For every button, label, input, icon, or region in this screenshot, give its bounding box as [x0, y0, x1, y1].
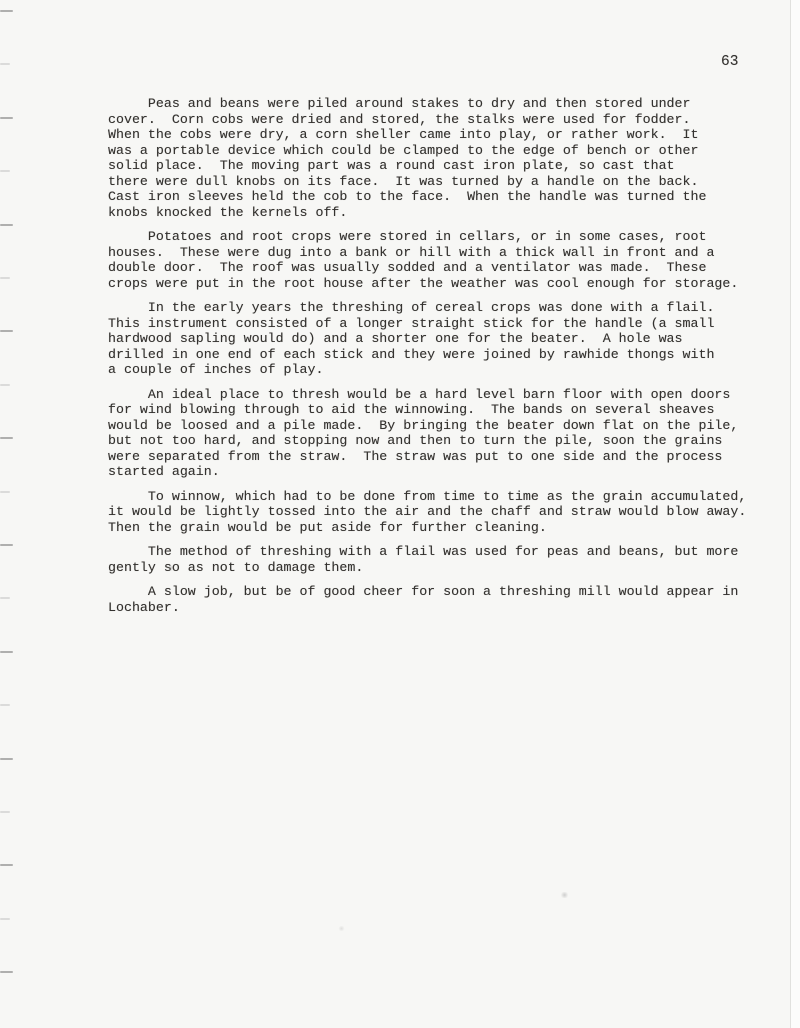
text-line: gently so as not to damage them.	[108, 560, 768, 576]
paragraph: The method of threshing with a flail was…	[108, 544, 768, 575]
binding-mark	[0, 651, 13, 653]
paragraph: An ideal place to thresh would be a hard…	[108, 387, 768, 480]
paragraph: In the early years the threshing of cere…	[108, 300, 768, 378]
text-line: Cast iron sleeves held the cob to the fa…	[108, 189, 768, 205]
scan-smudge	[338, 926, 345, 931]
text-line: knobs knocked the kernels off.	[108, 205, 768, 221]
binding-mark	[0, 758, 13, 760]
text-line: but not too hard, and stopping now and t…	[108, 433, 768, 449]
binding-mark	[0, 330, 13, 332]
binding-mark	[0, 597, 10, 599]
binding-mark	[0, 63, 10, 65]
text-line: there were dull knobs on its face. It wa…	[108, 174, 768, 190]
text-line: for wind blowing through to aid the winn…	[108, 402, 768, 418]
text-line: An ideal place to thresh would be a hard…	[108, 387, 768, 403]
paragraph: Peas and beans were piled around stakes …	[108, 96, 768, 220]
text-line: a couple of inches of play.	[108, 362, 768, 378]
binding-mark	[0, 918, 10, 920]
binding-mark	[0, 811, 10, 813]
binding-mark	[0, 384, 10, 386]
text-line: This instrument consisted of a longer st…	[108, 316, 768, 332]
text-line: houses. These were dug into a bank or hi…	[108, 245, 768, 261]
page-right-edge	[790, 0, 800, 1028]
page-number: 63	[721, 53, 738, 71]
binding-mark	[0, 864, 13, 866]
text-line: Then the grain would be put aside for fu…	[108, 520, 768, 536]
text-line: it would be lightly tossed into the air …	[108, 504, 768, 520]
text-line: cover. Corn cobs were dried and stored, …	[108, 112, 768, 128]
binding-mark	[0, 277, 10, 279]
text-line: solid place. The moving part was a round…	[108, 158, 768, 174]
binding-mark	[0, 224, 13, 226]
document-body: Peas and beans were piled around stakes …	[108, 96, 768, 624]
text-line: Peas and beans were piled around stakes …	[108, 96, 768, 112]
binding-mark	[0, 170, 10, 172]
binding-mark	[0, 437, 13, 439]
binding-mark	[0, 704, 10, 706]
paragraph: A slow job, but be of good cheer for soo…	[108, 584, 768, 615]
text-line: was a portable device which could be cla…	[108, 143, 768, 159]
text-line: double door. The roof was usually sodded…	[108, 260, 768, 276]
text-line: crops were put in the root house after t…	[108, 276, 768, 292]
text-line: drilled in one end of each stick and the…	[108, 347, 768, 363]
binding-mark	[0, 10, 13, 12]
text-line: In the early years the threshing of cere…	[108, 300, 768, 316]
binding-mark	[0, 544, 13, 546]
text-line: were separated from the straw. The straw…	[108, 449, 768, 465]
text-line: Potatoes and root crops were stored in c…	[108, 229, 768, 245]
binding-mark	[0, 971, 13, 973]
paragraph: Potatoes and root crops were stored in c…	[108, 229, 768, 291]
text-line: When the cobs were dry, a corn sheller c…	[108, 127, 768, 143]
text-line: To winnow, which had to be done from tim…	[108, 489, 768, 505]
binding-mark	[0, 117, 13, 119]
text-line: would be loosed and a pile made. By brin…	[108, 418, 768, 434]
paragraph: To winnow, which had to be done from tim…	[108, 489, 768, 536]
scan-smudge	[560, 892, 569, 898]
text-line: The method of threshing with a flail was…	[108, 544, 768, 560]
text-line: Lochaber.	[108, 600, 768, 616]
text-line: hardwood sapling would do) and a shorter…	[108, 331, 768, 347]
binding-mark	[0, 491, 10, 493]
scanned-document-page: 63 Peas and beans were piled around stak…	[0, 0, 800, 1028]
text-line: started again.	[108, 464, 768, 480]
text-line: A slow job, but be of good cheer for soo…	[108, 584, 768, 600]
